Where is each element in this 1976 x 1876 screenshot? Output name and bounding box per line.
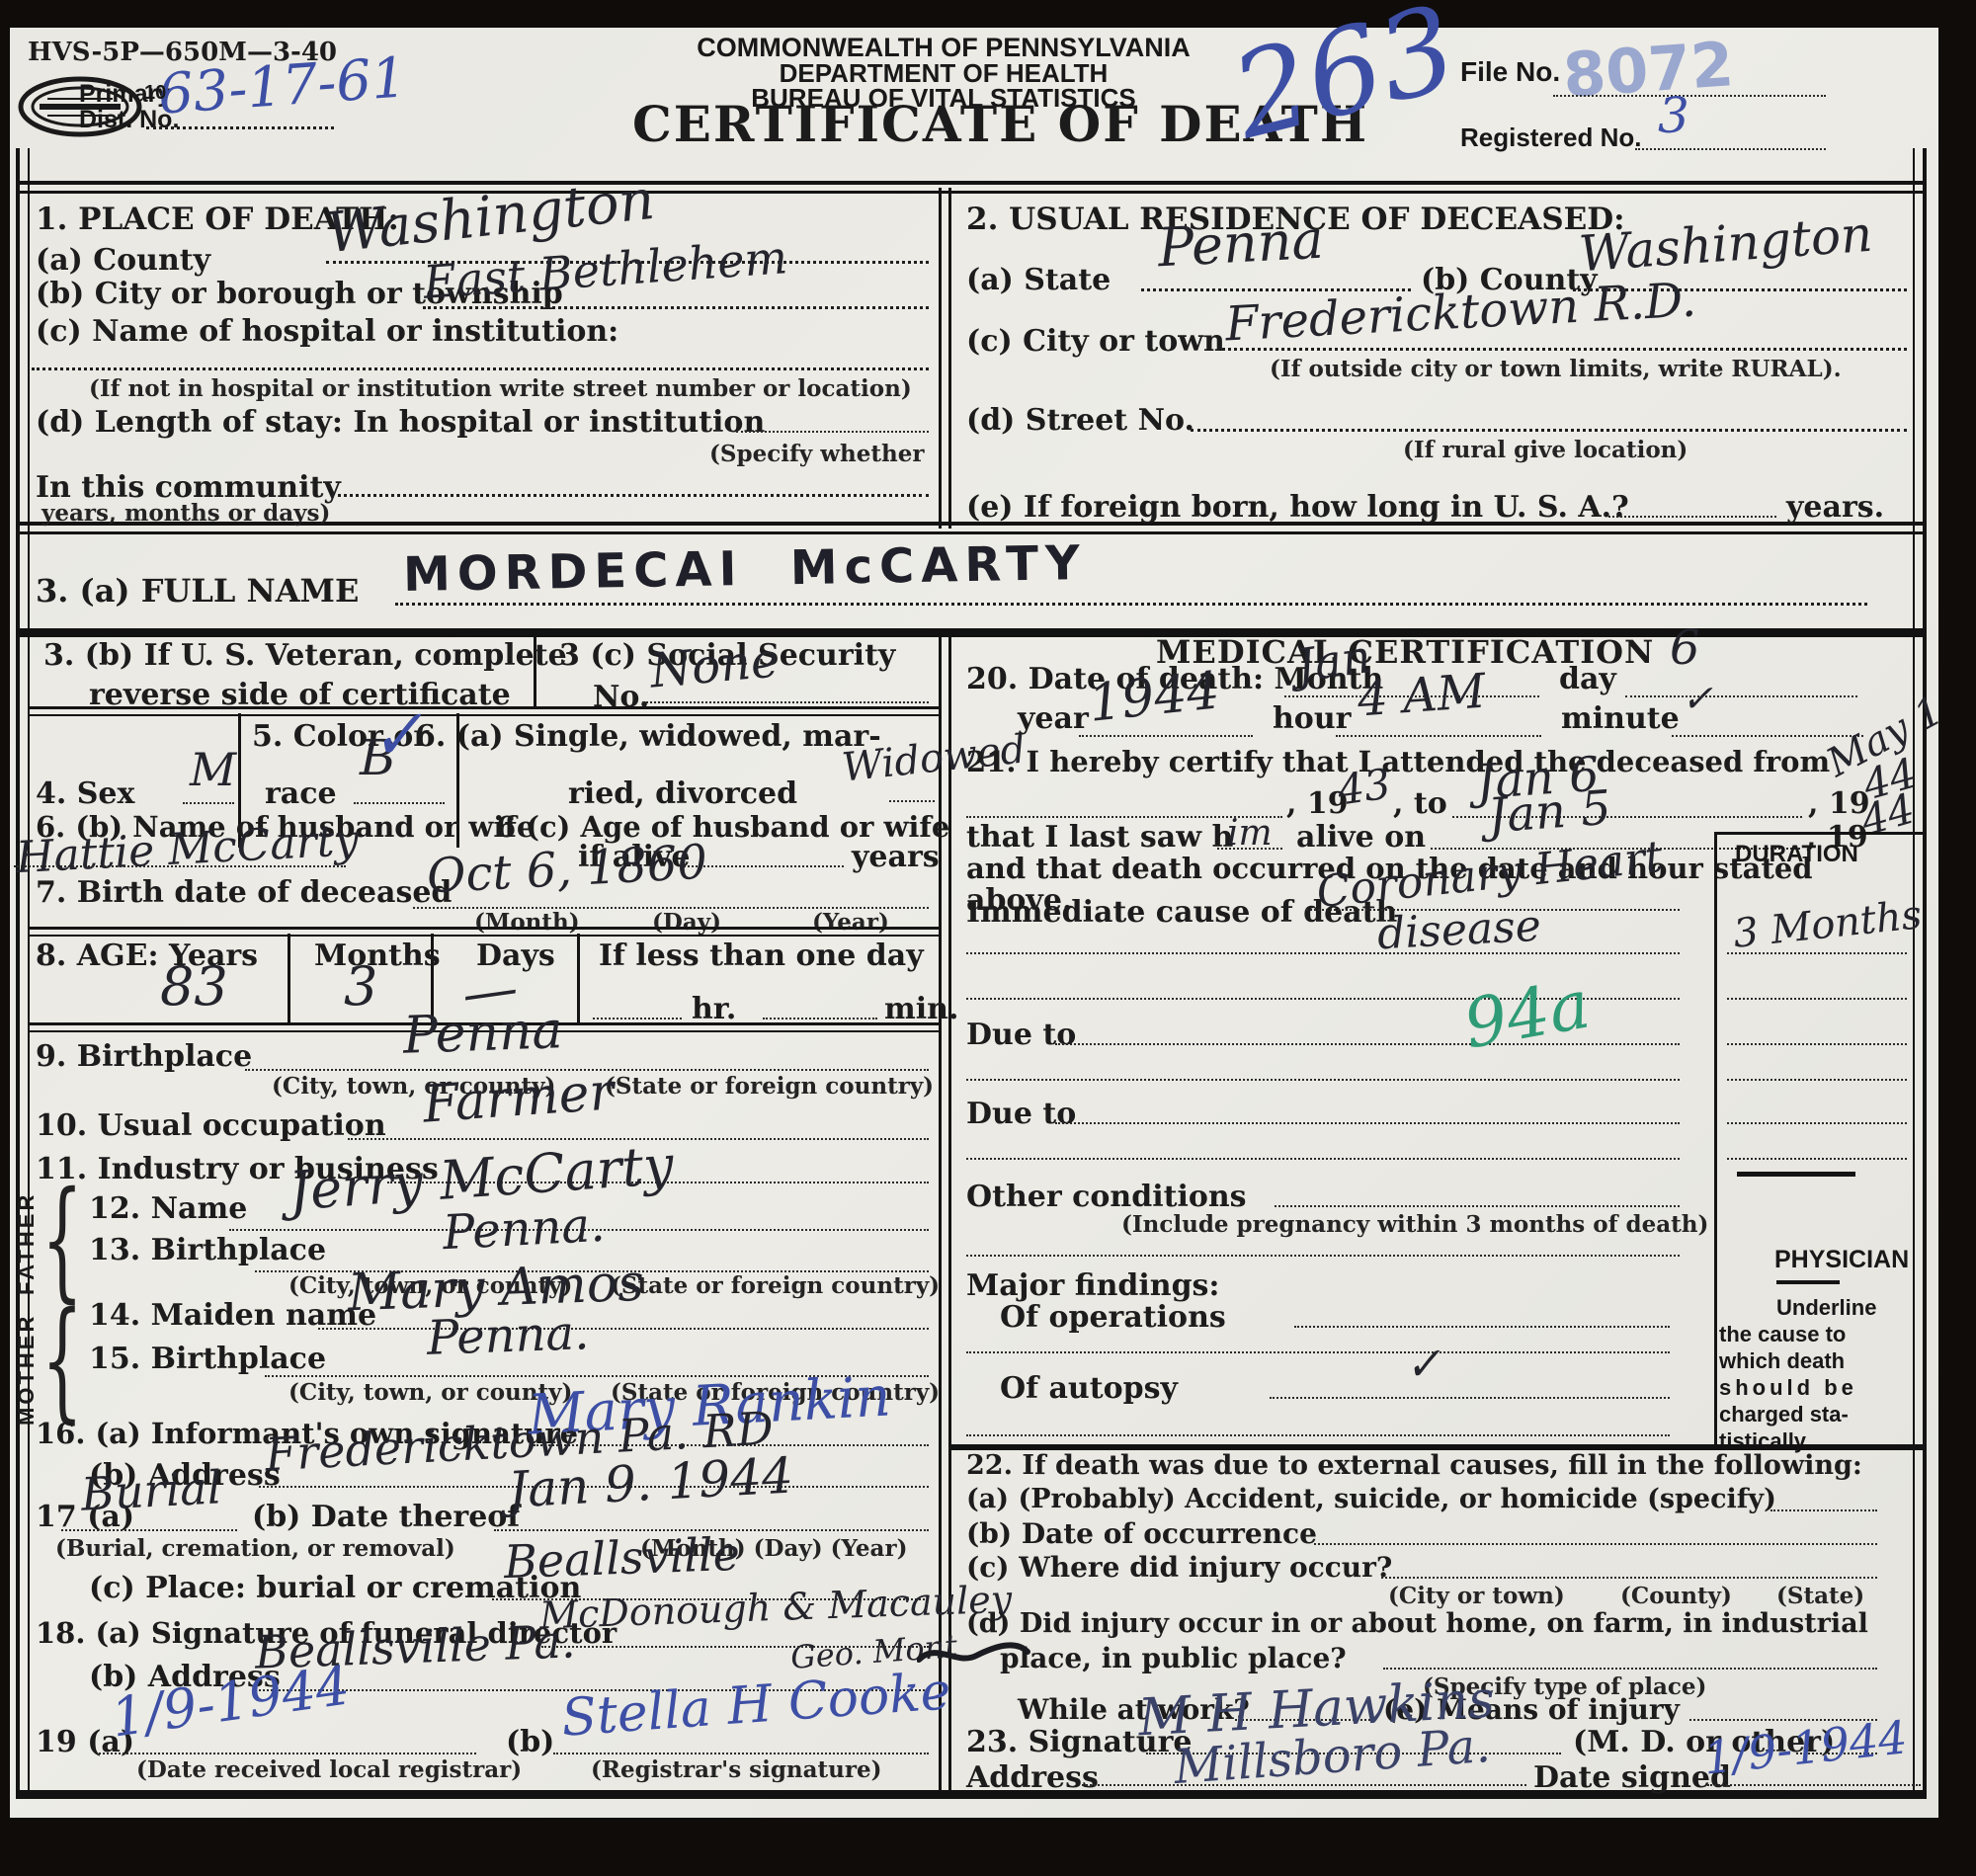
certificate-title: CERTIFICATE OF DEATH: [632, 99, 1245, 151]
d17-value: Burial: [80, 1464, 222, 1516]
duration-line-1: [1727, 952, 1907, 954]
sex-label: 4. Sex: [36, 778, 134, 810]
findings-label: Major findings:: [966, 1270, 1220, 1302]
death-certificate-scan: { "colors": {"print_black":"#1c1c1c","in…: [0, 0, 1976, 1876]
divider-age-3: [577, 934, 580, 1022]
center-divider-upper-a: [939, 188, 942, 529]
d19-note: (Date received local registrar): [136, 1758, 522, 1782]
birthplace-label: 9. Birthplace: [36, 1041, 252, 1073]
addr23-line: [1082, 1784, 1526, 1786]
pod-county-label: (a) County: [36, 245, 210, 277]
d17-date-value: Jan 9. 1944: [507, 1450, 794, 1514]
race-line: [354, 802, 445, 804]
stray-ink-mark: [917, 1622, 1030, 1675]
datesigned-line: [1707, 1784, 1921, 1786]
duration-end-dash: [1737, 1172, 1855, 1177]
age-min-line: [763, 1018, 877, 1020]
dod-hour-label: hour: [1273, 703, 1351, 735]
d19-sig-line: [553, 1753, 929, 1754]
pod-hospital-line: [32, 367, 929, 370]
mother-bp-label: 15. Birthplace: [89, 1344, 326, 1375]
res-street-label: (d) Street No.: [966, 405, 1194, 437]
border-left-inner: [28, 148, 30, 1796]
operations-label: Of operations: [1000, 1302, 1226, 1334]
ssn-line: [642, 701, 929, 703]
duration-line-2: [1727, 998, 1907, 1000]
autopsy-label: Of autopsy: [1000, 1373, 1178, 1405]
dod-day-line: [1625, 695, 1857, 697]
res-city-label: (c) City or town: [966, 326, 1225, 358]
res-state-label: (a) State: [966, 265, 1111, 296]
file-no-label: File No.: [1460, 57, 1560, 86]
res-foreign-suffix: years.: [1786, 492, 1884, 524]
certify-year1: 43: [1335, 763, 1393, 811]
mother-name-label: 14. Maiden name: [89, 1300, 376, 1332]
mother-side-label: MOTHER: [14, 1306, 40, 1432]
ext-d-line: [1383, 1668, 1877, 1670]
center-divider-upper-b: [948, 188, 951, 529]
due2-line: [1055, 1122, 1680, 1124]
dod-minute-check: ✓: [1682, 680, 1713, 717]
pod-stay-label: (d) Length of stay: In hospital or insti…: [36, 407, 765, 439]
other-line-b: [966, 1255, 1680, 1257]
certify-line3a: that I last saw h: [966, 822, 1233, 854]
spouse-label-c: 6 (c) Age of husband or wife: [496, 812, 949, 842]
res-foreign-label: (e) If foreign born, how long in U. S. A…: [966, 492, 1629, 524]
operations-line: [1294, 1326, 1670, 1328]
marital-label-1: 6. (a) Single, widowed, mar-: [415, 721, 881, 753]
border-left-outer: [16, 148, 20, 1796]
d19b-note: (Registrar's signature): [591, 1758, 882, 1782]
min-label: min.: [884, 994, 958, 1025]
mother-name-line: [318, 1328, 929, 1330]
pod-hospital-label: (c) Name of hospital or institution:: [36, 316, 618, 348]
director-line: [541, 1646, 929, 1648]
mother-brace: {: [41, 1284, 83, 1436]
pod-city-line: [423, 306, 929, 309]
ext-b-line: [1314, 1543, 1877, 1545]
datesigned-label: Date signed: [1533, 1762, 1731, 1794]
dod-hour-line: [1336, 735, 1541, 737]
age-hr-line: [593, 1018, 682, 1020]
ext-d-line2: place, in public place?: [1000, 1644, 1347, 1672]
pod-hospital-note: (If not in hospital or institution write…: [89, 377, 912, 401]
ext-heading: 22. If death was due to external causes,…: [966, 1452, 1862, 1480]
scan-edge-bottom: [0, 1818, 1976, 1876]
other-note: (Include pregnancy within 3 months of de…: [1121, 1213, 1708, 1237]
dod-minute-label: minute: [1561, 703, 1680, 735]
ext-c-line: [1381, 1577, 1877, 1579]
occupation-value: Farmer: [421, 1066, 616, 1130]
res-city-line: [1217, 348, 1907, 351]
rule-under-ssn: [30, 706, 939, 716]
seal-number: 10: [144, 83, 166, 104]
birthplace-note-state: (State or foreign country): [605, 1075, 934, 1099]
dod-day-label: day: [1559, 664, 1616, 695]
file-no-stamp: 8072: [1561, 28, 1736, 112]
ext-d-line1: (d) Did injury occur in or about home, o…: [966, 1610, 1868, 1638]
marital-label-2: ried, divorced: [568, 778, 797, 810]
birthdate-value: Oct 6, 1860: [426, 839, 708, 901]
fullname-label: 3. (a) FULL NAME: [36, 575, 359, 609]
birthplace-value: Penna: [402, 1005, 563, 1062]
duration-line-6: [1727, 1158, 1907, 1160]
due1-line-b: [966, 1079, 1680, 1081]
pod-stay-note: (Specify whether: [709, 443, 924, 466]
father-side-label: FATHER: [14, 1185, 40, 1302]
age-less-label: If less than one day: [599, 940, 924, 972]
res-foreign-line: [1608, 516, 1776, 518]
ext-a-label: (a) (Probably) Accident, suicide, or hom…: [966, 1486, 1776, 1513]
sex-line: [183, 802, 234, 804]
certify-him: im: [1227, 816, 1273, 852]
certify-alive: alive on: [1296, 822, 1426, 854]
pod-community-note: years, months or days): [41, 502, 330, 526]
registered-no-value: 3: [1658, 91, 1689, 140]
cause-line-b: [966, 952, 1680, 954]
certify-line1: 21. I hereby certify that I attended the…: [966, 747, 1830, 776]
duration-line-4: [1727, 1079, 1907, 1081]
ext-note-state: (State): [1776, 1585, 1864, 1608]
alive-suffix: years: [852, 842, 940, 873]
rule-below-header: [16, 181, 1927, 194]
sex-value: M: [190, 747, 236, 792]
d17-note: (Burial, cremation, or removal): [55, 1537, 455, 1561]
registered-no-label: Registered No.: [1460, 124, 1642, 151]
fullname-line: [395, 603, 1867, 606]
pod-community-line: [331, 494, 929, 497]
scan-edge-left: [0, 0, 10, 1876]
due1-label: Due to: [966, 1020, 1076, 1051]
physician-note-2: which death: [1719, 1349, 1845, 1372]
occupation-label: 10. Usual occupation: [36, 1110, 386, 1142]
age-months-value: 3: [344, 960, 377, 1014]
registered-no-line: [1635, 148, 1826, 150]
other-line: [1275, 1205, 1680, 1207]
ext-note-county: (County): [1620, 1585, 1732, 1608]
ext-c-label: (c) Where did injury occur?: [966, 1553, 1392, 1582]
certify-saw-value: Jan 5: [1486, 784, 1612, 841]
father-name-label: 12. Name: [89, 1193, 247, 1225]
physician-heading: PHYSICIAN: [1774, 1247, 1909, 1272]
physician-note-3: should be: [1719, 1376, 1857, 1399]
res-street-note: (If rural give location): [1403, 439, 1688, 462]
marital-line: [889, 800, 935, 802]
other-label: Other conditions: [966, 1182, 1247, 1213]
father-bp-label: 13. Birthplace: [89, 1235, 326, 1266]
physician-note-0: Underline: [1776, 1296, 1876, 1319]
spouse-line: [14, 865, 346, 867]
veteran-label-1: 3. (b) If U. S. Veteran, complete: [43, 640, 567, 672]
duration-box-left: [1714, 832, 1717, 1446]
border-right-inner: [1913, 148, 1915, 1796]
divider-age-1: [288, 934, 290, 1022]
dod-year-label: year: [1018, 703, 1089, 735]
autopsy-line: [1270, 1397, 1670, 1399]
autopsy-line-b: [966, 1434, 1670, 1436]
dod-hour-value: 4 AM: [1356, 668, 1487, 724]
ssn-value: None: [648, 636, 781, 694]
physician-note-1: the cause to: [1719, 1323, 1846, 1346]
hr-label: hr.: [692, 994, 736, 1025]
res-street-line: [1191, 429, 1907, 432]
duration-box-top: [1714, 832, 1923, 835]
res-city-note: (If outside city or town limits, write R…: [1270, 358, 1842, 381]
operations-line-b: [966, 1351, 1670, 1353]
d17-line: [61, 1529, 237, 1531]
rule-under-birthdate: [30, 927, 939, 937]
duration-heading: DURATION: [1735, 842, 1858, 866]
d19-date-line: [99, 1753, 476, 1754]
father-bp-value: Penna.: [442, 1201, 607, 1258]
cause-value-line2: disease: [1376, 905, 1542, 957]
ext-note-city: (City or town): [1388, 1585, 1565, 1608]
scan-edge-top: [0, 0, 1976, 28]
alive-line: [684, 865, 844, 867]
age-years-value: 83: [160, 960, 228, 1014]
duration-line-3: [1727, 1043, 1907, 1045]
due2-label: Due to: [966, 1099, 1076, 1130]
pod-stay-line: [736, 431, 929, 433]
dod-year-value: 1944: [1087, 665, 1222, 730]
burial-place-value: Beallsville: [503, 1531, 740, 1585]
file-no-line: [1553, 95, 1826, 97]
border-right-outer: [1923, 148, 1927, 1796]
res-state-value: Penna: [1157, 213, 1325, 276]
pod-community-label: In this community: [36, 472, 341, 504]
physician-underline: [1776, 1280, 1840, 1284]
birthdate-label: 7. Birth date of deceased: [36, 877, 452, 909]
dist-no-value-handwriting: 63-17-61: [156, 50, 408, 122]
due2-line-b: [966, 1158, 1680, 1160]
duration-line-5: [1727, 1122, 1907, 1124]
certify-him-line: [1217, 848, 1282, 850]
dod-day-value: 6: [1670, 624, 1700, 672]
parents-note-state: (State or foreign country): [611, 1274, 940, 1298]
dist-no-line: [146, 126, 334, 129]
printer-union-seal: [18, 75, 142, 138]
color-label-2: race: [265, 778, 337, 810]
mother-bp-value: Penna.: [426, 1309, 590, 1362]
autopsy-check-mark: ✓: [1403, 1342, 1443, 1388]
ext-b-label: (b) Date of occurrence: [966, 1519, 1317, 1548]
ext-a-line: [1770, 1509, 1877, 1511]
race-check-mark: ✓: [367, 700, 428, 771]
addr23-label: Address: [966, 1762, 1099, 1794]
dod-year-line: [1079, 735, 1253, 737]
certify-to: , to: [1393, 788, 1447, 820]
d19b-label: (b): [506, 1727, 554, 1758]
scan-edge-right: [1938, 0, 1976, 1876]
physician-note-4: charged sta-: [1719, 1403, 1849, 1426]
d17-date-label: (b) Date thereof: [252, 1502, 520, 1533]
